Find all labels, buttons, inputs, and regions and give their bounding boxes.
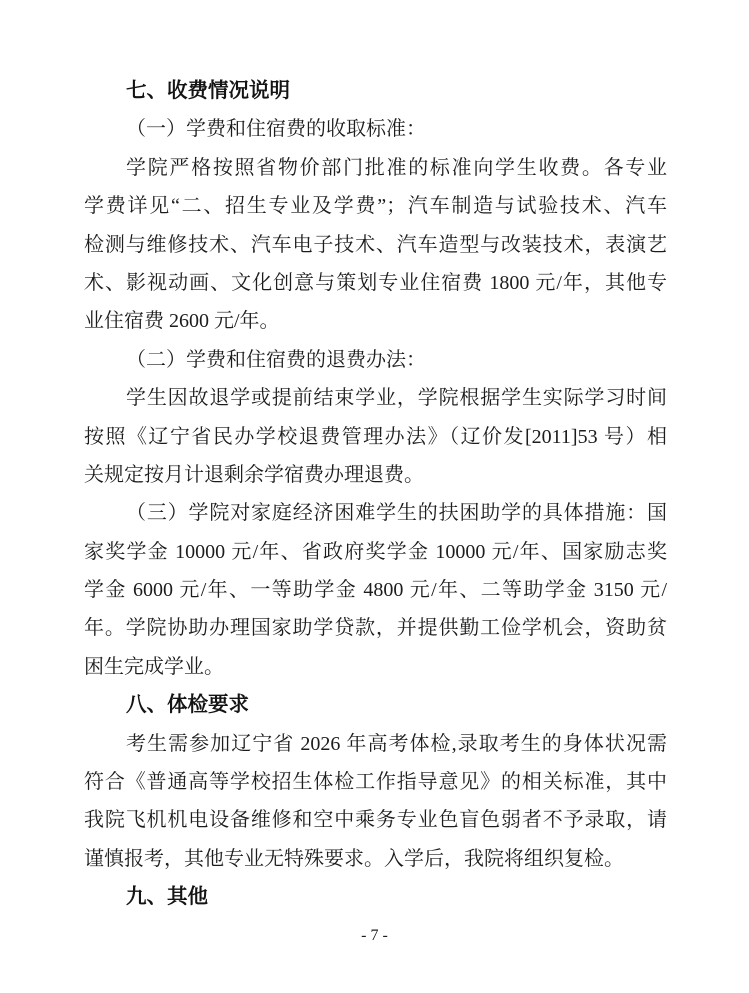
document-line: 我院飞机机电设备维修和空中乘务专业色盲色弱者不予录取，请: [84, 801, 667, 839]
document-line: 考生需参加辽宁省 2026 年高考体检,录取考生的身体状况需: [84, 725, 667, 763]
document-line: 业住宿费 2600 元/年。: [84, 302, 667, 340]
document-line: （二）学费和住宿费的退费办法：: [84, 341, 667, 379]
page-number: - 7 -: [0, 926, 749, 946]
document-line: 谨慎报考，其他专业无特殊要求。入学后，我院将组织复检。: [84, 840, 667, 878]
document-line: 检测与维修技术、汽车电子技术、汽车造型与改装技术，表演艺: [84, 226, 667, 264]
document-body: 七、收费情况说明 （一）学费和住宿费的收取标准： 学院严格按照省物价部门批准的标…: [84, 72, 667, 917]
document-line: 按照《辽宁省民办学校退费管理办法》（辽价发[2011]53 号）相: [84, 418, 667, 456]
document-line: 关规定按月计退剩余学宿费办理退费。: [84, 456, 667, 494]
document-line: 学生因故退学或提前结束学业，学院根据学生实际学习时间: [84, 379, 667, 417]
section-heading-physical-exam: 八、体检要求: [84, 686, 667, 724]
document-line: 学院严格按照省物价部门批准的标准向学生收费。各专业: [84, 149, 667, 187]
document-line: 学金 6000 元/年、一等助学金 4800 元/年、二等助学金 3150 元/: [84, 571, 667, 609]
document-line: 困生完成学业。: [84, 648, 667, 686]
document-page: 七、收费情况说明 （一）学费和住宿费的收取标准： 学院严格按照省物价部门批准的标…: [0, 0, 749, 993]
section-heading-other: 九、其他: [84, 878, 667, 916]
document-line: 年。学院协助办理国家助学贷款，并提供勤工俭学机会，资助贫: [84, 609, 667, 647]
section-heading-fees: 七、收费情况说明: [84, 72, 667, 110]
document-line: （一）学费和住宿费的收取标准：: [84, 110, 667, 148]
document-line: （三）学院对家庭经济困难学生的扶困助学的具体措施：国: [84, 494, 667, 532]
document-line: 学费详见“二、招生专业及学费”；汽车制造与试验技术、汽车: [84, 187, 667, 225]
document-line: 符合《普通高等学校招生体检工作指导意见》的相关标准，其中: [84, 763, 667, 801]
document-line: 术、影视动画、文化创意与策划专业住宿费 1800 元/年，其他专: [84, 264, 667, 302]
document-line: 家奖学金 10000 元/年、省政府奖学金 10000 元/年、国家励志奖: [84, 533, 667, 571]
